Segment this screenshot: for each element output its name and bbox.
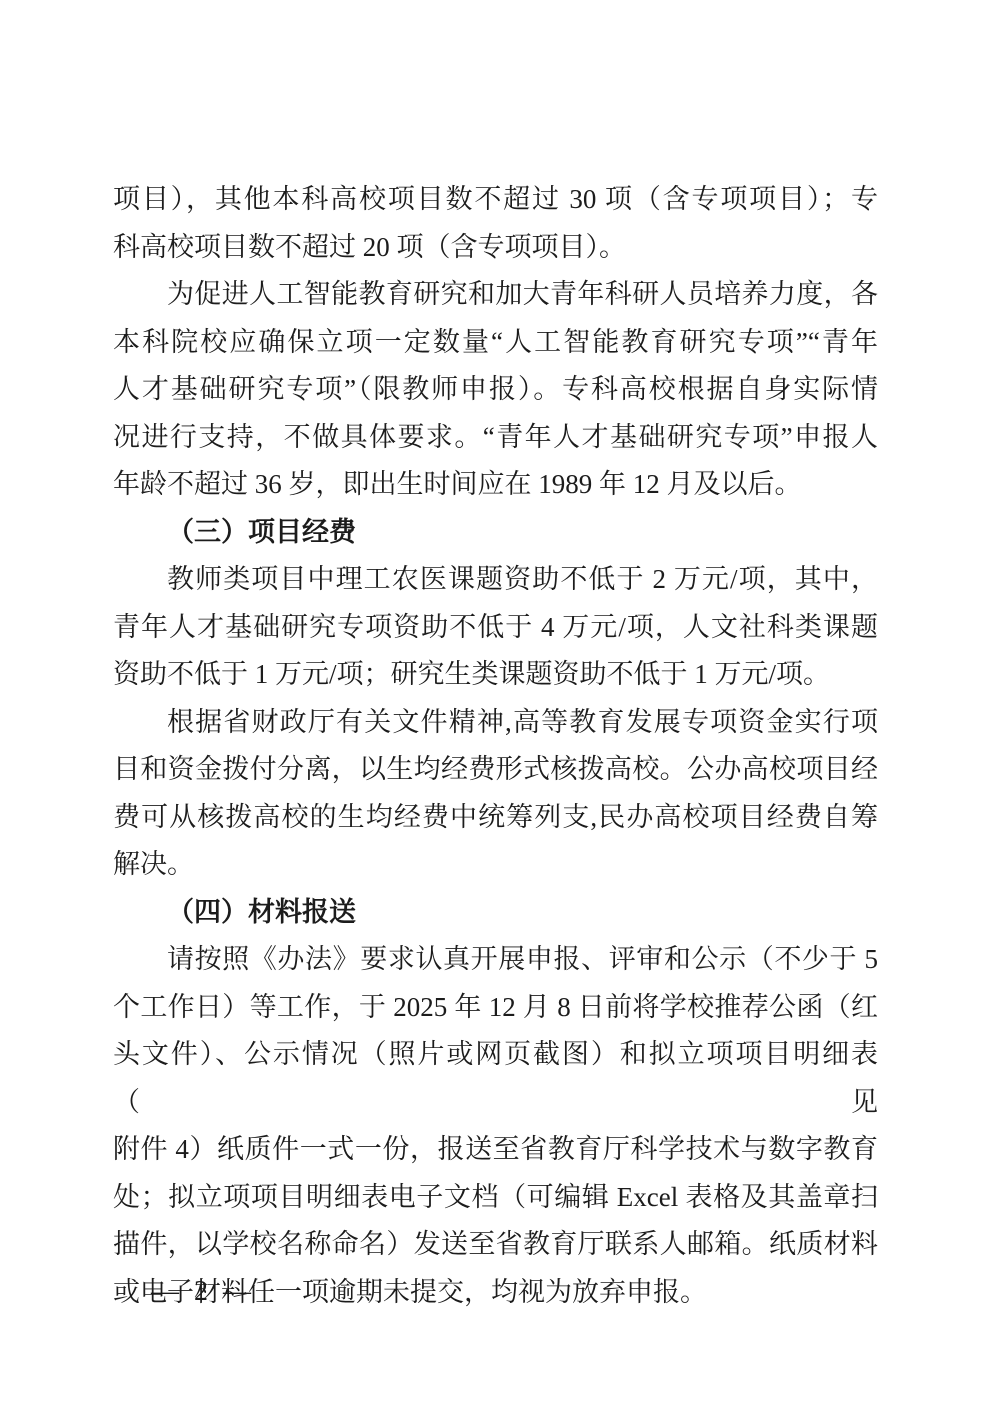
- body-text-line: 为促进人工智能教育研究和加大青年科研人员培养力度，各: [113, 271, 878, 319]
- body-text-line: 请按照《办法》要求认真开展申报、评审和公示（不少于 5: [113, 936, 878, 984]
- body-text-line: 科高校项目数不超过 20 项（含专项项目）。: [113, 224, 878, 272]
- body-text-line: 青年人才基础研究专项资助不低于 4 万元/项，人文社科类课题: [113, 604, 878, 652]
- heading-section-3-project-funding: （三）项目经费: [113, 509, 878, 557]
- body-text-line: 描件，以学校名称命名）发送至省教育厅联系人邮箱。纸质材料: [113, 1221, 878, 1269]
- body-text-line: 目和资金拨付分离，以生均经费形式核拨高校。公办高校项目经: [113, 746, 878, 794]
- body-text-line: 教师类项目中理工农医课题资助不低于 2 万元/项，其中，: [113, 556, 878, 604]
- body-text-line: 况进行支持，不做具体要求。“青年人才基础研究专项”申报人: [113, 414, 878, 462]
- body-text-line: 处；拟立项项目明细表电子文档（可编辑 Excel 表格及其盖章扫: [113, 1174, 878, 1222]
- page-number: — 2 —: [151, 1276, 255, 1307]
- body-text-line: 本科院校应确保立项一定数量“人工智能教育研究专项”“青年: [113, 319, 878, 367]
- body-text-line: 人才基础研究专项”（限教师申报）。专科高校根据自身实际情: [113, 366, 878, 414]
- heading-section-4-material-submission: （四）材料报送: [113, 889, 878, 937]
- body-text-line: 个工作日）等工作，于 2025 年 12 月 8 日前将学校推荐公函（红: [113, 984, 878, 1032]
- document-page: 项目），其他本科高校项目数不超过 30 项（含专项项目）；专 科高校项目数不超过…: [0, 0, 1000, 1414]
- document-body: 项目），其他本科高校项目数不超过 30 项（含专项项目）；专 科高校项目数不超过…: [113, 176, 878, 1316]
- body-text-line: 根据省财政厅有关文件精神,高等教育发展专项资金实行项: [113, 699, 878, 747]
- body-text-line: 年龄不超过 36 岁，即出生时间应在 1989 年 12 月及以后。: [113, 461, 878, 509]
- body-text-line: 附件 4）纸质件一式一份，报送至省教育厅科学技术与数字教育: [113, 1126, 878, 1174]
- body-text-line: 项目），其他本科高校项目数不超过 30 项（含专项项目）；专: [113, 176, 878, 224]
- body-text-line: 头文件）、公示情况（照片或网页截图）和拟立项项目明细表（见: [113, 1031, 878, 1126]
- page-footer: — 2 —: [151, 1276, 255, 1308]
- body-text-line: 费可从核拨高校的生均经费中统筹列支,民办高校项目经费自筹: [113, 794, 878, 842]
- body-text-line: 资助不低于 1 万元/项；研究生类课题资助不低于 1 万元/项。: [113, 651, 878, 699]
- body-text-line: 解决。: [113, 841, 878, 889]
